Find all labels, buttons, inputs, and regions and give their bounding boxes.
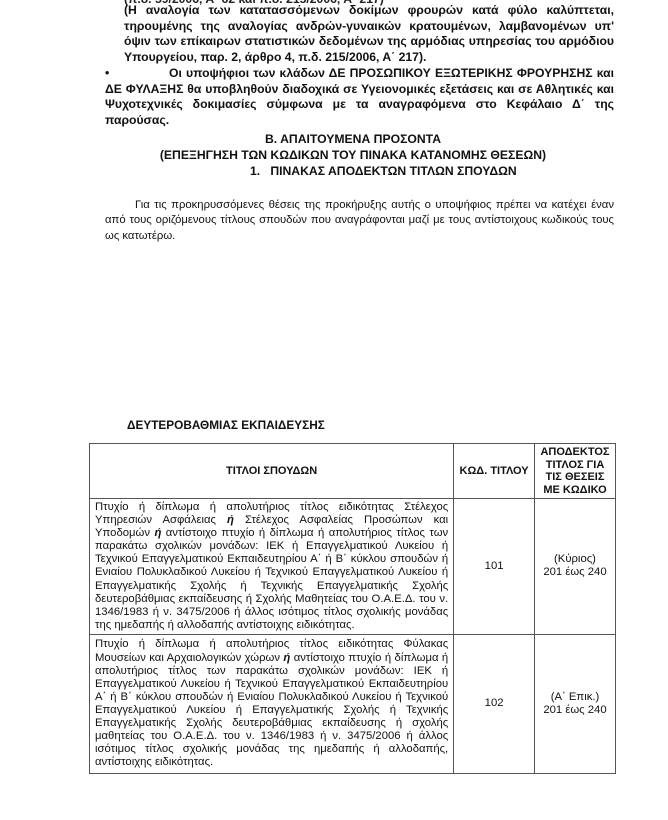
row-accepted: (Α΄ Επικ.)201 έως 240 <box>534 634 615 773</box>
intro-text: Για τις προκηρυσσόμενες θέσεις της προκή… <box>105 199 614 242</box>
bullet-text: Οι υποψήφιοι των κλάδων ΔΕ ΠΡΟΣΩΠΙΚΟΥ ΕΞ… <box>105 66 614 127</box>
desc-emphasis: ή <box>227 514 234 526</box>
subsection-title: 1. ΠΙΝΑΚΑΣ ΑΠΟΔΕΚΤΩΝ ΤΙΤΛΩΝ ΣΠΟΥΔΩΝ <box>250 164 610 180</box>
header-code: ΚΩΔ. ΤΙΤΛΟΥ <box>454 444 535 499</box>
row-description: Πτυχίο ή δίπλωμα ή απολυτήριος τίτλος ει… <box>90 634 454 773</box>
accepted-type: (Α΄ Επικ.) <box>540 691 610 704</box>
gender-ratio-note: (Η αναλογία των κατατασσόμενων δοκίμων φ… <box>124 3 614 65</box>
table-row: Πτυχίο ή δίπλωμα ή απολυτήριος τίτλος ει… <box>90 634 616 773</box>
section-b-heading: Β. ΑΠΑΙΤΟΥΜΕΝΑ ΠΡΟΣΟΝΤΑ (ΕΠΕΞΗΓΗΣΗ ΤΩΝ Κ… <box>90 132 616 163</box>
accepted-range: 201 έως 240 <box>540 566 610 579</box>
section-b-subtitle: (ΕΠΕΞΗΓΗΣΗ ΤΩΝ ΚΩΔΙΚΩΝ ΤΟΥ ΠΙΝΑΚΑ ΚΑΤΑΝΟ… <box>90 148 616 164</box>
accepted-range: 201 έως 240 <box>540 704 610 717</box>
bullet-paragraph: •Οι υποψήφιοι των κλάδων ΔΕ ΠΡΟΣΩΠΙΚΟΥ Ε… <box>105 66 614 128</box>
desc-part: αντίστοιχο πτυχίο ή δίπλωμα ή απολυτήριο… <box>95 652 448 769</box>
accepted-type: (Κύριος) <box>540 553 610 566</box>
education-level-label: ΔΕΥΤΕΡΟΒΑΘΜΙΑΣ ΕΚΠΑΙΔΕΥΣΗΣ <box>127 418 325 432</box>
row-code: 102 <box>454 634 535 773</box>
table-row: Πτυχίο ή δίπλωμα ή απολυτήριος τίτλος ει… <box>90 499 616 635</box>
header-accepted: ΑΠΟΔΕΚΤΟΣ ΤΙΤΛΟΣ ΓΙΑ ΤΙΣ ΘΕΣΕΙΣ ΜΕ ΚΩΔΙΚ… <box>534 444 615 499</box>
row-code: 101 <box>454 499 535 635</box>
degree-titles-table: ΤΙΤΛΟΙ ΣΠΟΥΔΩΝ ΚΩΔ. ΤΙΤΛΟΥ ΑΠΟΔΕΚΤΟΣ ΤΙΤ… <box>89 443 616 774</box>
intro-paragraph: Για τις προκηρυσσόμενες θέσεις της προκή… <box>105 198 614 244</box>
row-accepted: (Κύριος)201 έως 240 <box>534 499 615 635</box>
section-b-title: Β. ΑΠΑΙΤΟΥΜΕΝΑ ΠΡΟΣΟΝΤΑ <box>90 132 616 148</box>
row-description: Πτυχίο ή δίπλωμα ή απολυτήριος τίτλος ει… <box>90 499 454 635</box>
desc-part: αντίστοιχο πτυχίο ή δίπλωμα ή απολυτήριο… <box>95 527 448 631</box>
bullet-icon: • <box>105 66 169 82</box>
table-header-row: ΤΙΤΛΟΙ ΣΠΟΥΔΩΝ ΚΩΔ. ΤΙΤΛΟΥ ΑΠΟΔΕΚΤΟΣ ΤΙΤ… <box>90 444 616 499</box>
header-titles: ΤΙΤΛΟΙ ΣΠΟΥΔΩΝ <box>90 444 454 499</box>
